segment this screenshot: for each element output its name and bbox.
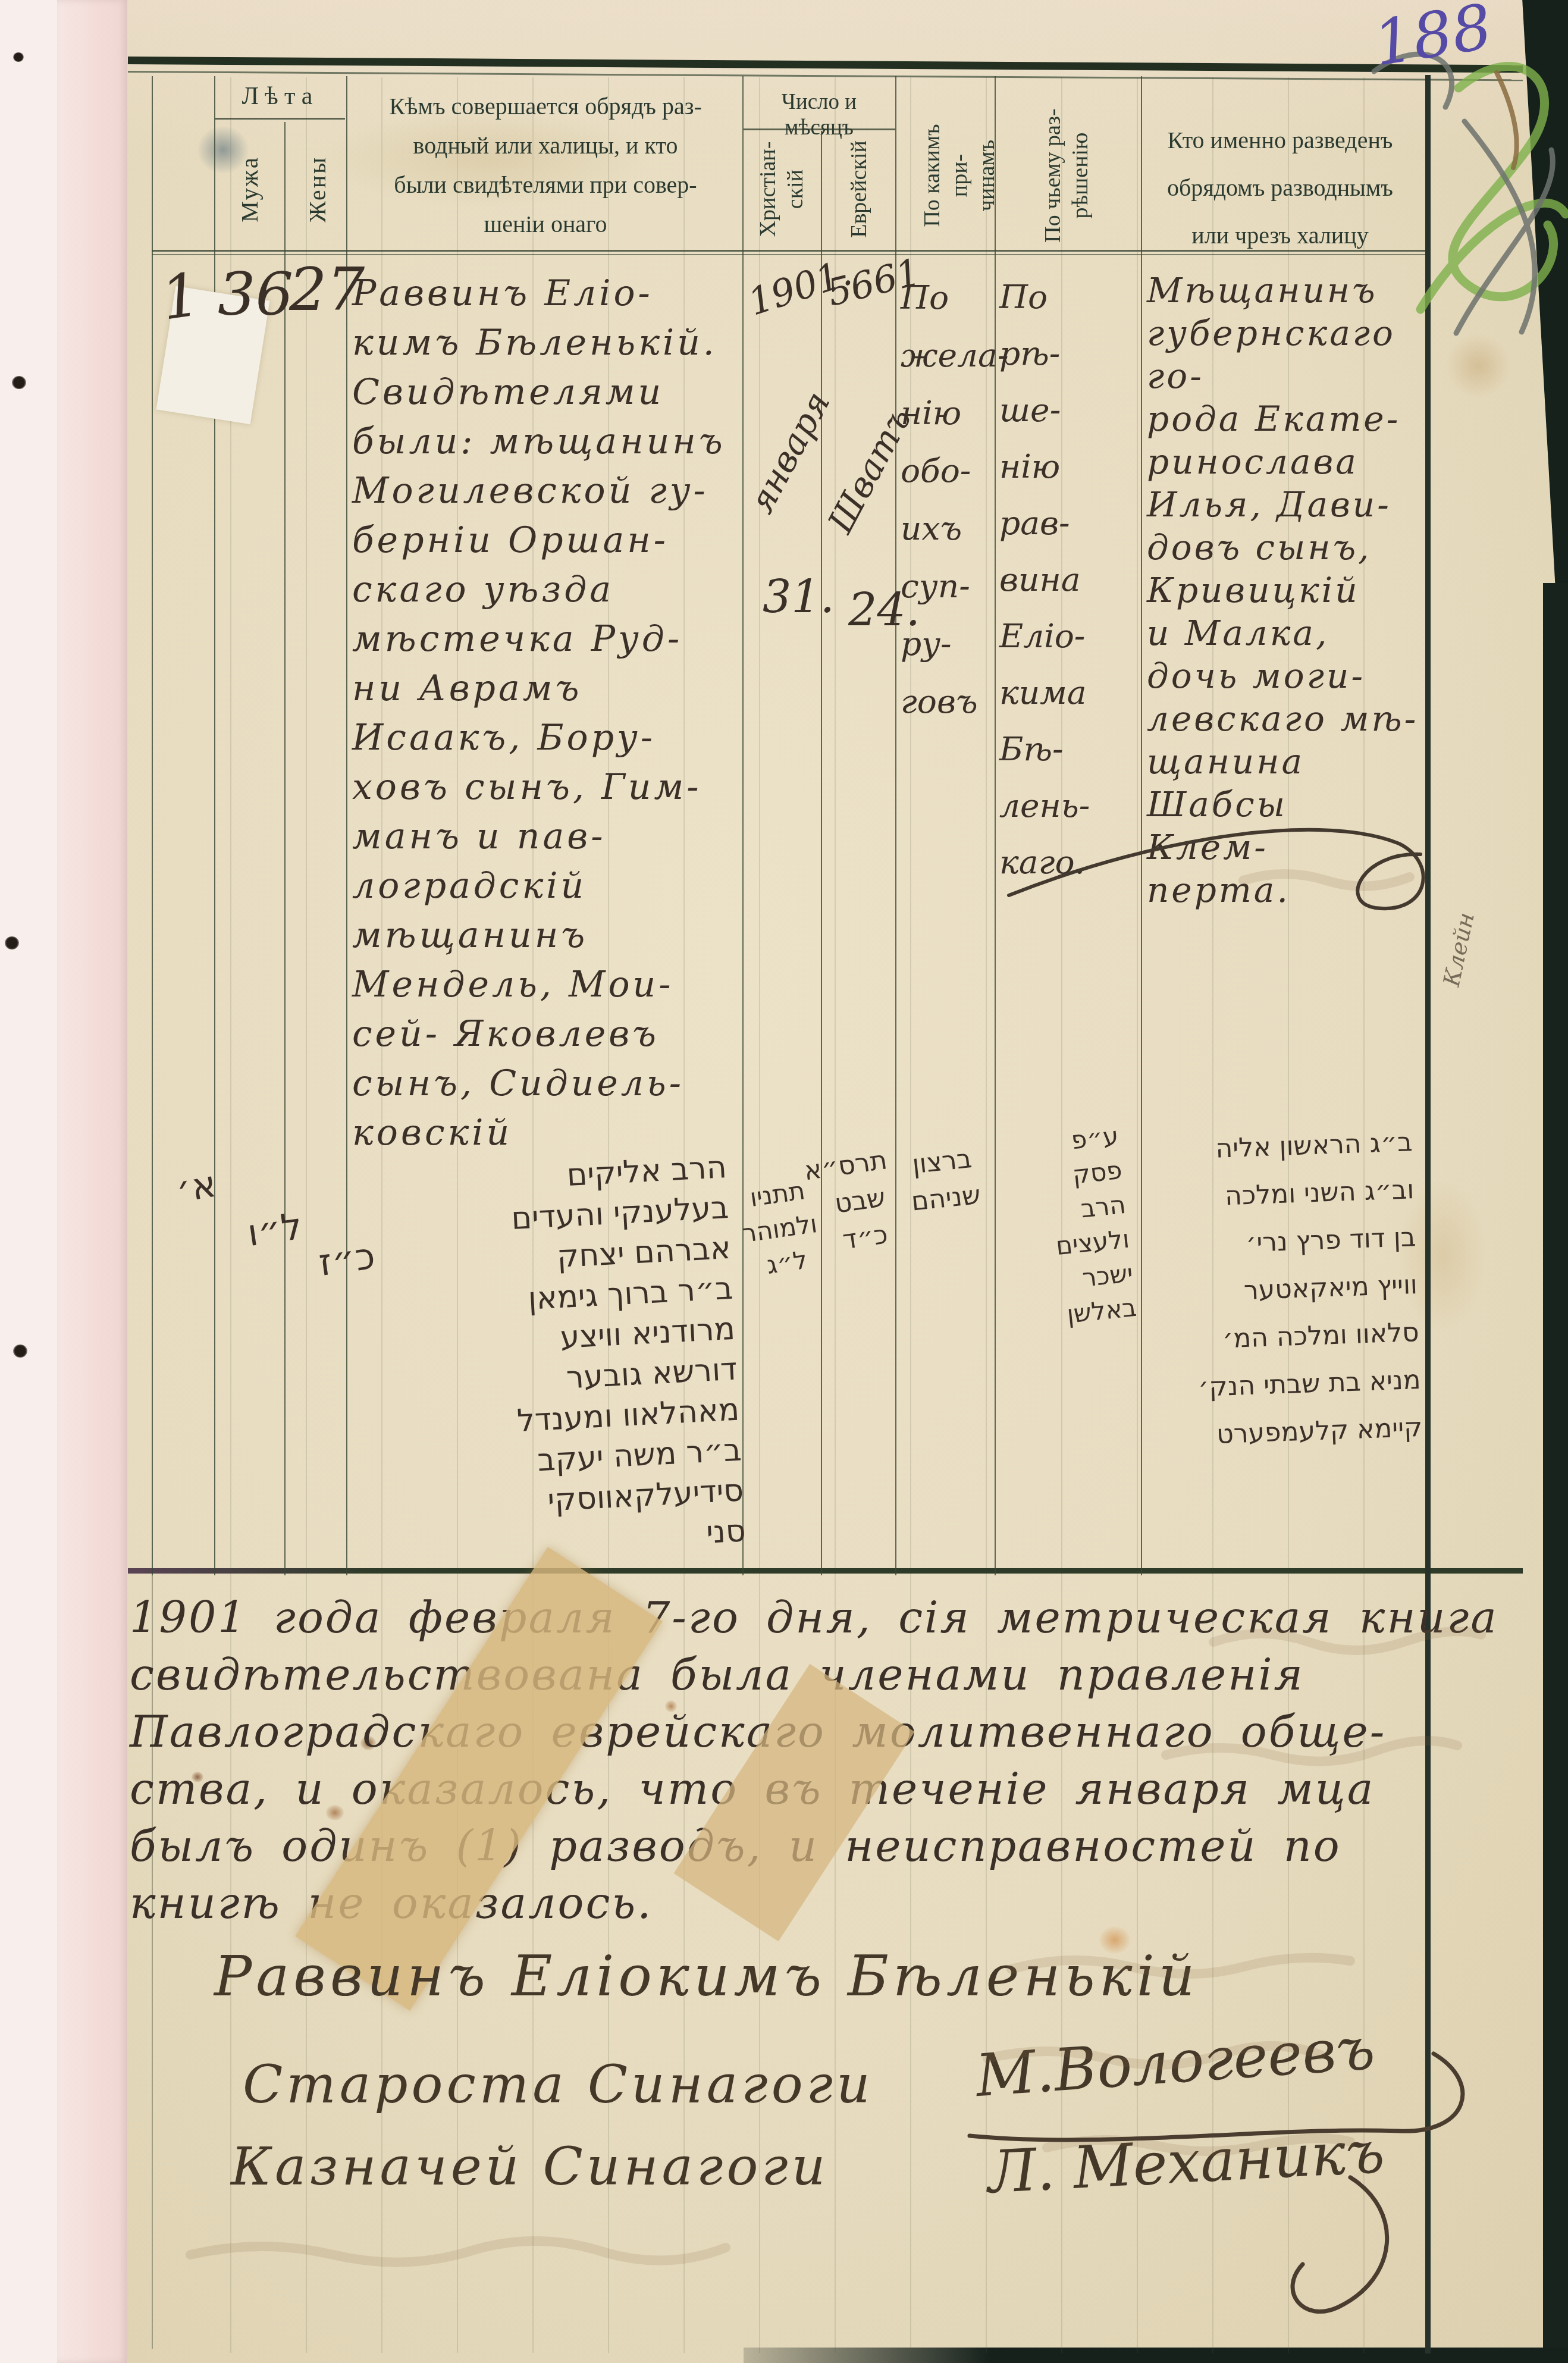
annotation-overlay: 188 Клейн: [0, 0, 1568, 2363]
scanned-divorce-register-page: Лѣта Мужа Жены Кѣмъ совершается обрядъ р…: [0, 0, 1568, 2363]
treasurer-flourish: [1293, 2177, 1387, 2312]
starosta-flourish: [970, 2054, 1463, 2140]
bleed-through-text: [190, 874, 1481, 2262]
folio-number: 188: [1369, 0, 1497, 80]
entry-flourish: [1009, 830, 1423, 908]
marginal-note: Клейн: [1438, 910, 1479, 989]
brown-mark: [1497, 73, 1517, 168]
